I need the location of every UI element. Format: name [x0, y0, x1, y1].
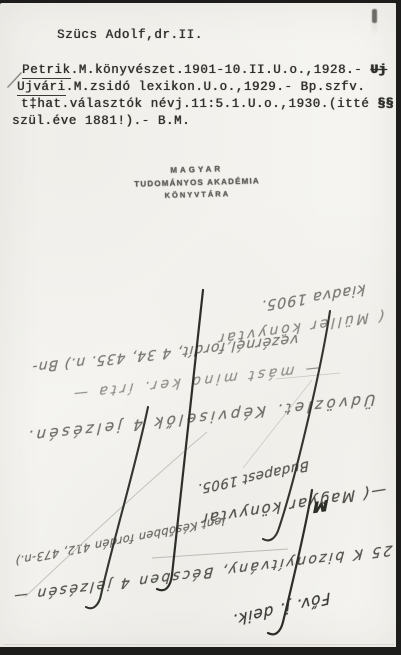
- deletion-slash: [268, 490, 312, 634]
- margin-pencil-tick: [8, 73, 21, 87]
- faint-pencil-stroke: [152, 549, 288, 558]
- faint-pencil-stroke: [25, 432, 207, 597]
- deletion-slash: [86, 407, 148, 608]
- deletion-slash: [263, 311, 330, 540]
- pen-strikethrough-strokes: [0, 3, 396, 647]
- ink-smudge: [372, 9, 377, 23]
- catalog-card: Szücs Adolf,dr.II. Petrik.M.könyvészet.1…: [0, 3, 396, 647]
- scanned-catalog-card-page: { "typed": { "heading": "Szücs Adolf,dr.…: [0, 0, 401, 655]
- card-bottom-edge: [4, 644, 394, 645]
- deletion-slash: [157, 290, 203, 590]
- faint-pencil-stroke: [243, 380, 312, 468]
- faint-pencil-stroke: [276, 373, 340, 379]
